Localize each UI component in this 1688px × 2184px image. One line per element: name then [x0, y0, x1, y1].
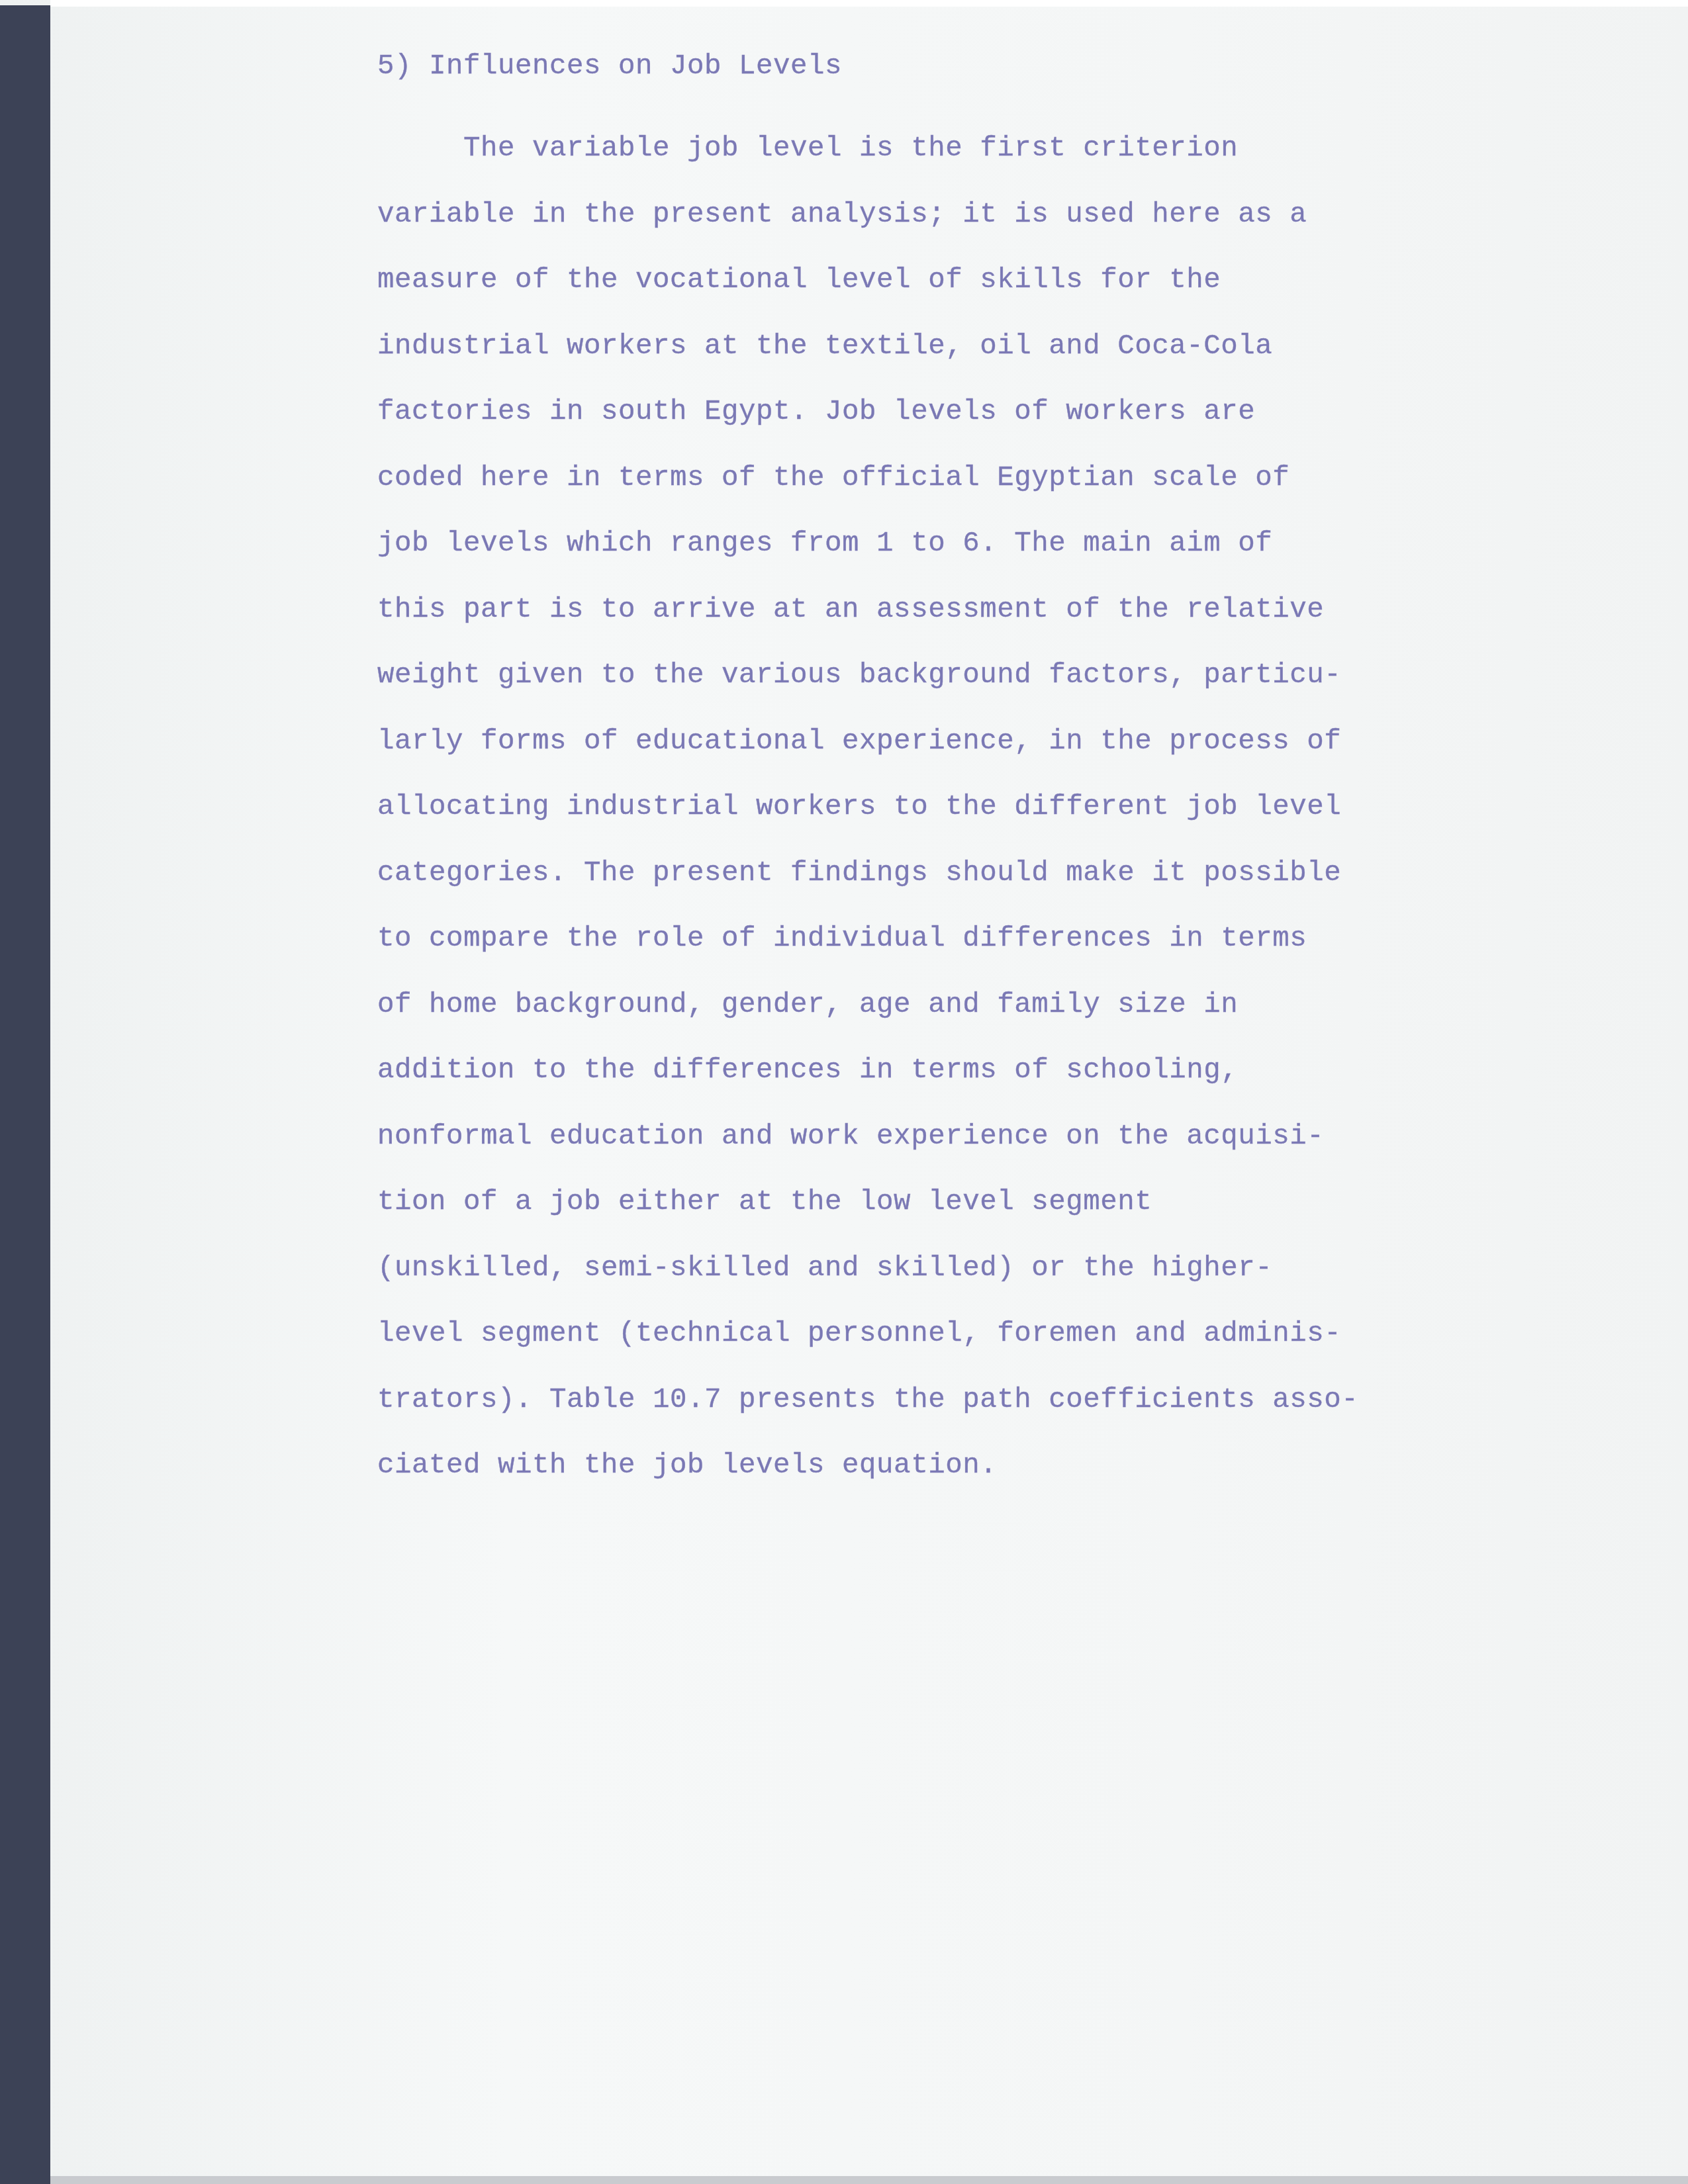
paragraph-line: nonformal education and work experience … — [377, 1104, 1358, 1170]
page-bottom-edge — [50, 2176, 1688, 2184]
section-heading: 5) Influences on Job Levels — [377, 46, 842, 86]
paragraph-line: factories in south Egypt. Job levels of … — [377, 379, 1358, 445]
paragraph-line: The variable job level is the first crit… — [377, 116, 1358, 182]
paragraph-line: level segment (technical personnel, fore… — [377, 1301, 1358, 1367]
paragraph-line: trators). Table 10.7 presents the path c… — [377, 1367, 1358, 1433]
binding-strip — [0, 5, 50, 2184]
paragraph-line: to compare the role of individual differ… — [377, 906, 1358, 972]
paragraph-line: industrial workers at the textile, oil a… — [377, 314, 1358, 380]
paragraph-line: coded here in terms of the official Egyp… — [377, 445, 1358, 512]
paragraph-line: of home background, gender, age and fami… — [377, 972, 1358, 1038]
paragraph-line: (unskilled, semi-skilled and skilled) or… — [377, 1236, 1358, 1302]
paragraph-line: larly forms of educational experience, i… — [377, 709, 1358, 775]
paragraph-line: ciated with the job levels equation. — [377, 1433, 1358, 1499]
paragraph-line: weight given to the various background f… — [377, 643, 1358, 709]
paragraph-line: variable in the present analysis; it is … — [377, 182, 1358, 248]
paragraph-line: this part is to arrive at an assessment … — [377, 577, 1358, 643]
paragraph-line: measure of the vocational level of skill… — [377, 248, 1358, 314]
paragraph-line: tion of a job either at the low level se… — [377, 1169, 1358, 1236]
body-paragraph: The variable job level is the first crit… — [377, 116, 1358, 1499]
paragraph-line: addition to the differences in terms of … — [377, 1038, 1358, 1104]
page-top-edge — [50, 0, 1688, 7]
paragraph-line: allocating industrial workers to the dif… — [377, 774, 1358, 841]
paragraph-line: categories. The present findings should … — [377, 841, 1358, 907]
paragraph-line: job levels which ranges from 1 to 6. The… — [377, 511, 1358, 577]
document-text: 5) Influences on Job Levels The variable… — [377, 46, 842, 86]
